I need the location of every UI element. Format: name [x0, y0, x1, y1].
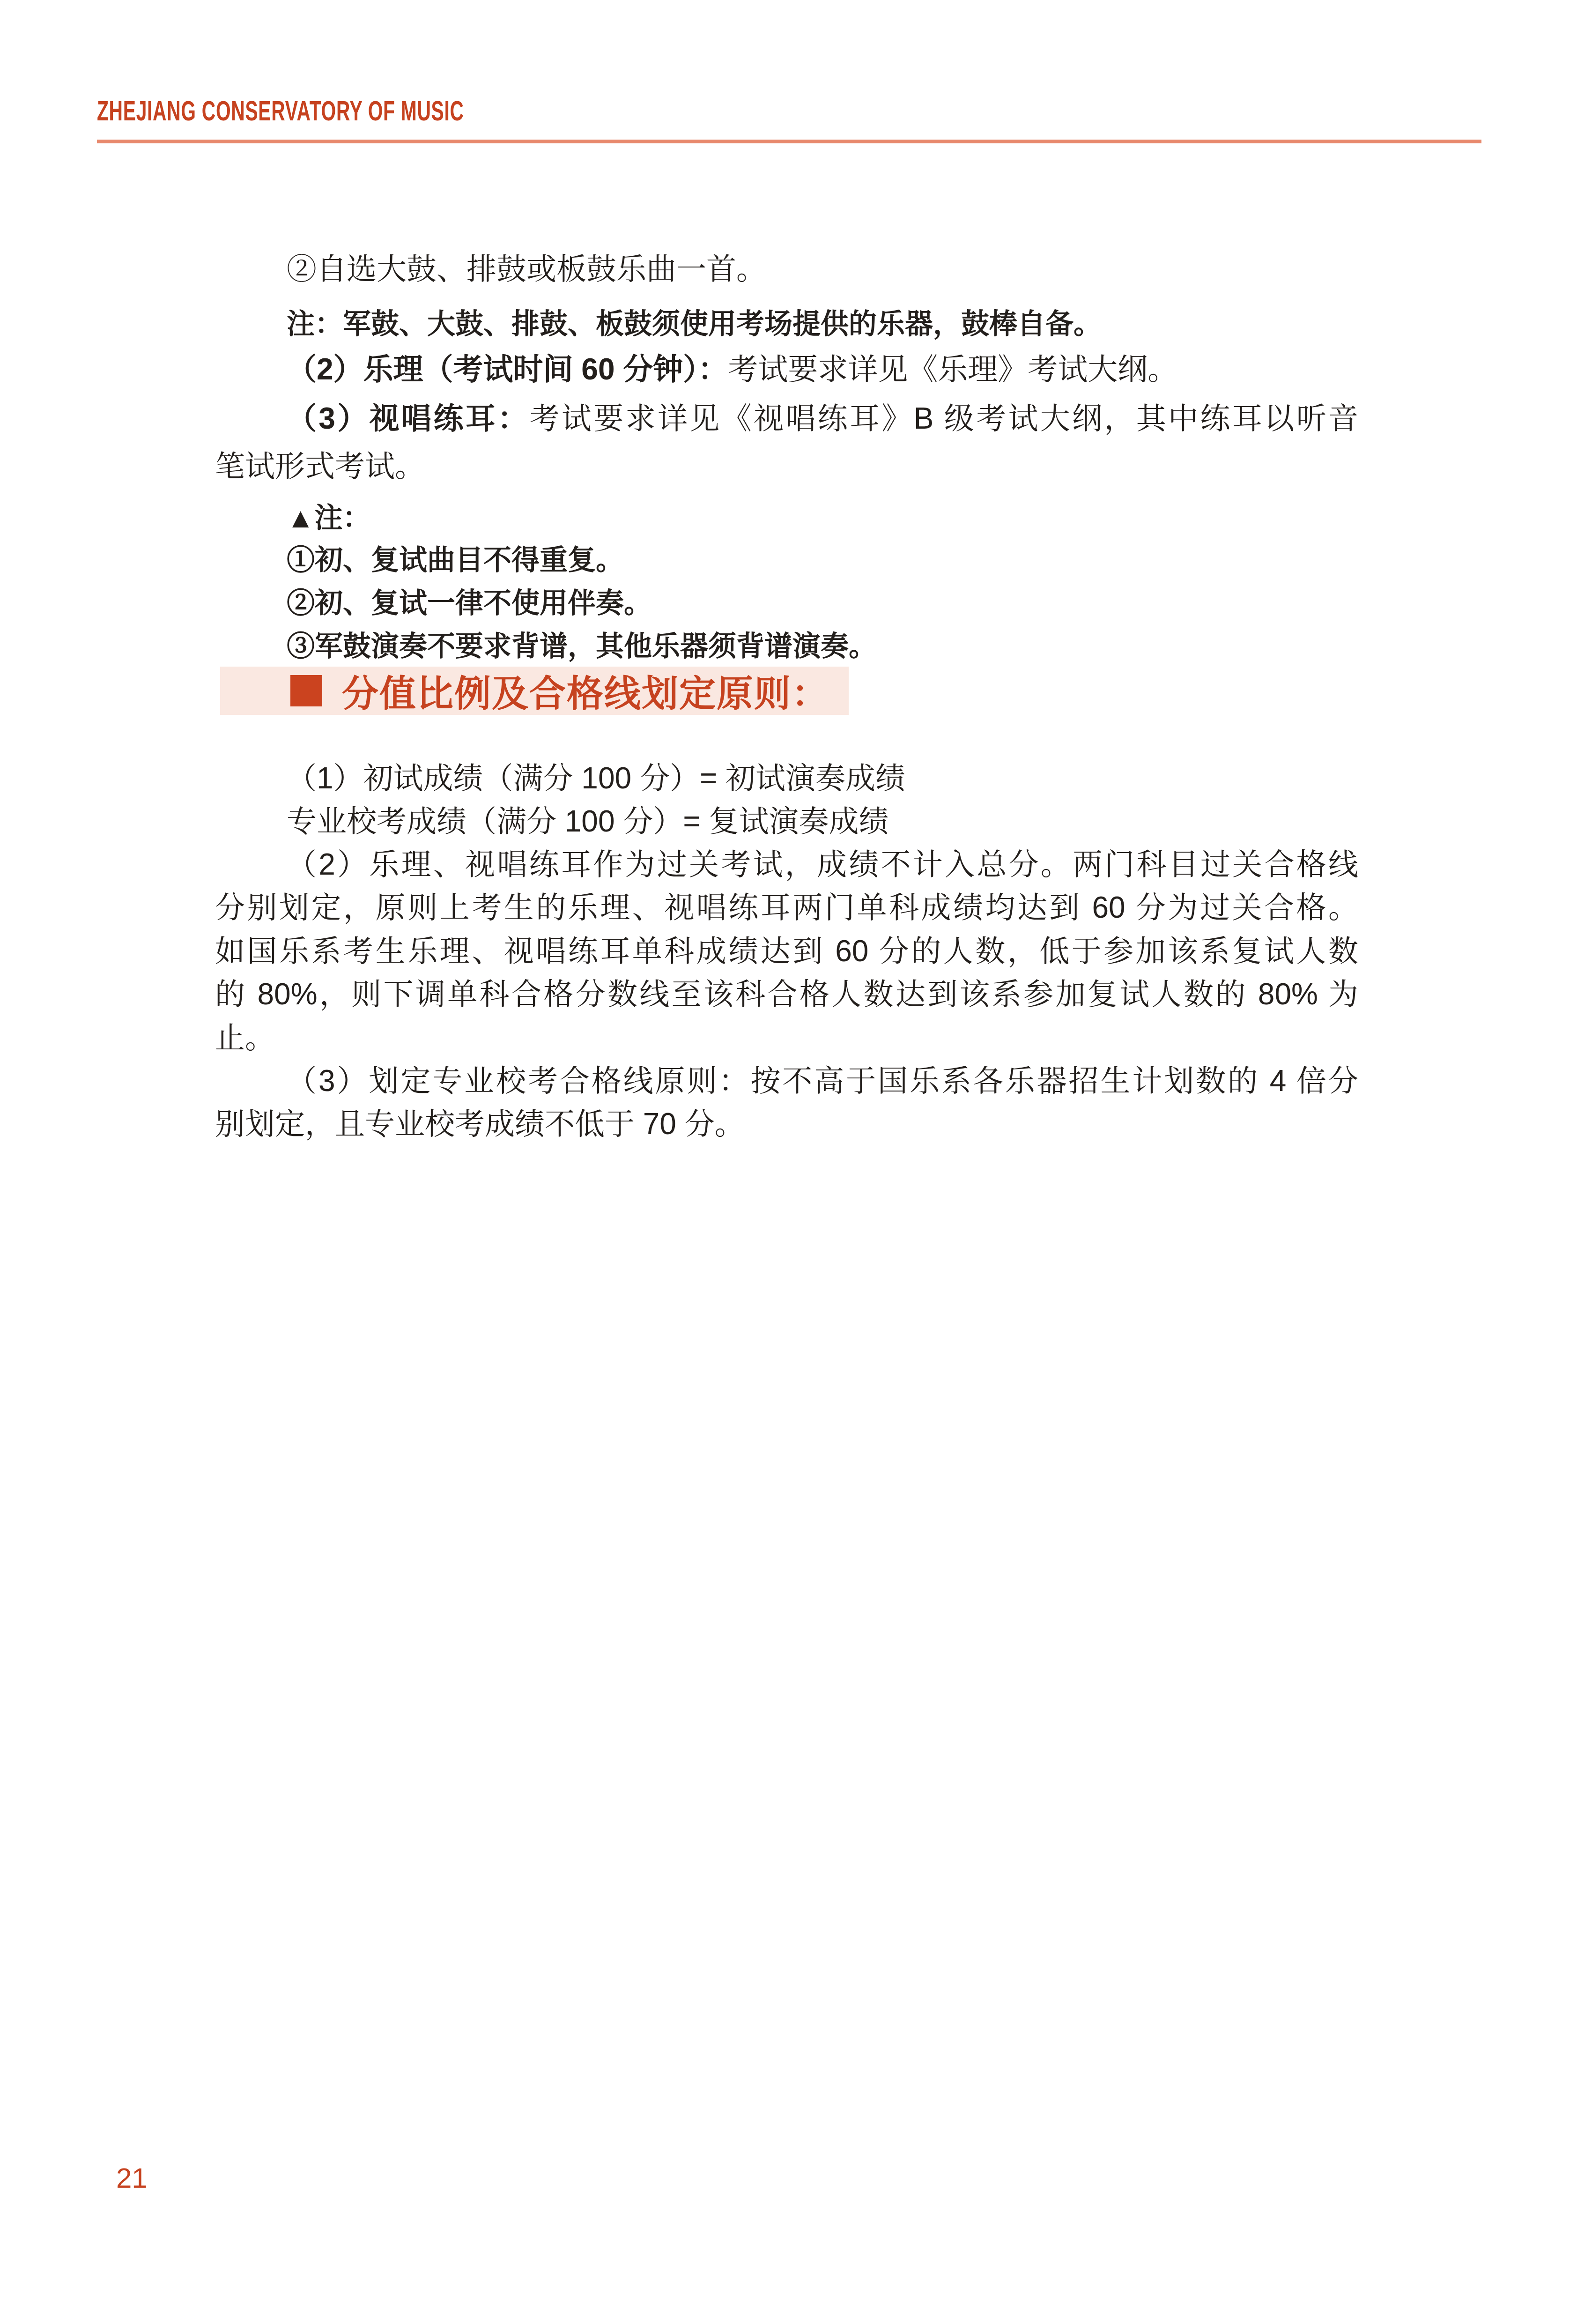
body-line-item3-cont: 笔试形式考试。 [215, 445, 425, 488]
item3-text: 考试要求详见《视唱练耳》B 级考试大纲，其中练耳以听音 [530, 401, 1359, 435]
body-line-note-2: ②初、复试一律不使用伴奏。 [287, 582, 652, 625]
body-line-note-1: ①初、复试曲目不得重复。 [287, 539, 624, 582]
body-line-piece-item: ②自选大鼓、排鼓或板鼓乐曲一首。 [287, 247, 766, 290]
body-line-notes-title: ▲注： [287, 497, 370, 540]
body-line-rule3-b: 别划定，且专业校考成绩不低于 70 分。 [215, 1102, 745, 1145]
body-line-rule1-a: （1）初试成绩（满分 100 分）= 初试演奏成绩 [287, 757, 905, 800]
brand-wordmark: ZHEJIANG CONSERVATORY OF MUSIC [97, 95, 464, 127]
item3-label: （3）视唱练耳： [287, 401, 530, 435]
header-rule [97, 140, 1481, 143]
body-line-rule2-e: 止。 [215, 1016, 275, 1059]
body-line-rule2-c: 如国乐系考生乐理、视唱练耳单科成绩达到 60 分的人数，低于参加该系复试人数 [215, 929, 1358, 973]
body-line-rule2-b: 分别划定，原则上考生的乐理、视唱练耳两门单科成绩均达到 60 分为过关合格。 [215, 886, 1358, 929]
body-line-rule3-a: （3）划定专业校考合格线原则：按不高于国乐系各乐器招生计划数的 4 倍分 [287, 1059, 1358, 1102]
body-line-item2: （2）乐理（考试时间 60 分钟）：考试要求详见《乐理》考试大纲。 [287, 348, 1177, 391]
body-line-instrument-note: 注：军鼓、大鼓、排鼓、板鼓须使用考场提供的乐器，鼓棒自备。 [287, 303, 1102, 346]
square-bullet-icon [290, 675, 322, 706]
body-line-rule2-d: 的 80%，则下调单科合格分数线至该科合格人数达到该系参加复试人数的 80% 为 [215, 973, 1358, 1016]
page-number: 21 [116, 2157, 148, 2200]
document-page: ZHEJIANG CONSERVATORY OF MUSIC ②自选大鼓、排鼓或… [0, 0, 1577, 2324]
body-line-note-3: ③军鼓演奏不要求背谱，其他乐器须背谱演奏。 [287, 625, 877, 668]
item2-label: （2）乐理（考试时间 60 分钟）： [287, 352, 728, 386]
section-heading-title: 分值比例及合格线划定原则： [342, 665, 829, 717]
item2-text: 考试要求详见《乐理》考试大纲。 [728, 352, 1177, 386]
body-line-item3: （3）视唱练耳：考试要求详见《视唱练耳》B 级考试大纲，其中练耳以听音 [287, 397, 1358, 440]
section-heading-band: 分值比例及合格线划定原则： [220, 667, 849, 715]
body-line-rule1-b: 专业校考成绩（满分 100 分）= 复试演奏成绩 [287, 800, 889, 843]
body-line-rule2-a: （2）乐理、视唱练耳作为过关考试，成绩不计入总分。两门科目过关合格线 [287, 843, 1358, 886]
